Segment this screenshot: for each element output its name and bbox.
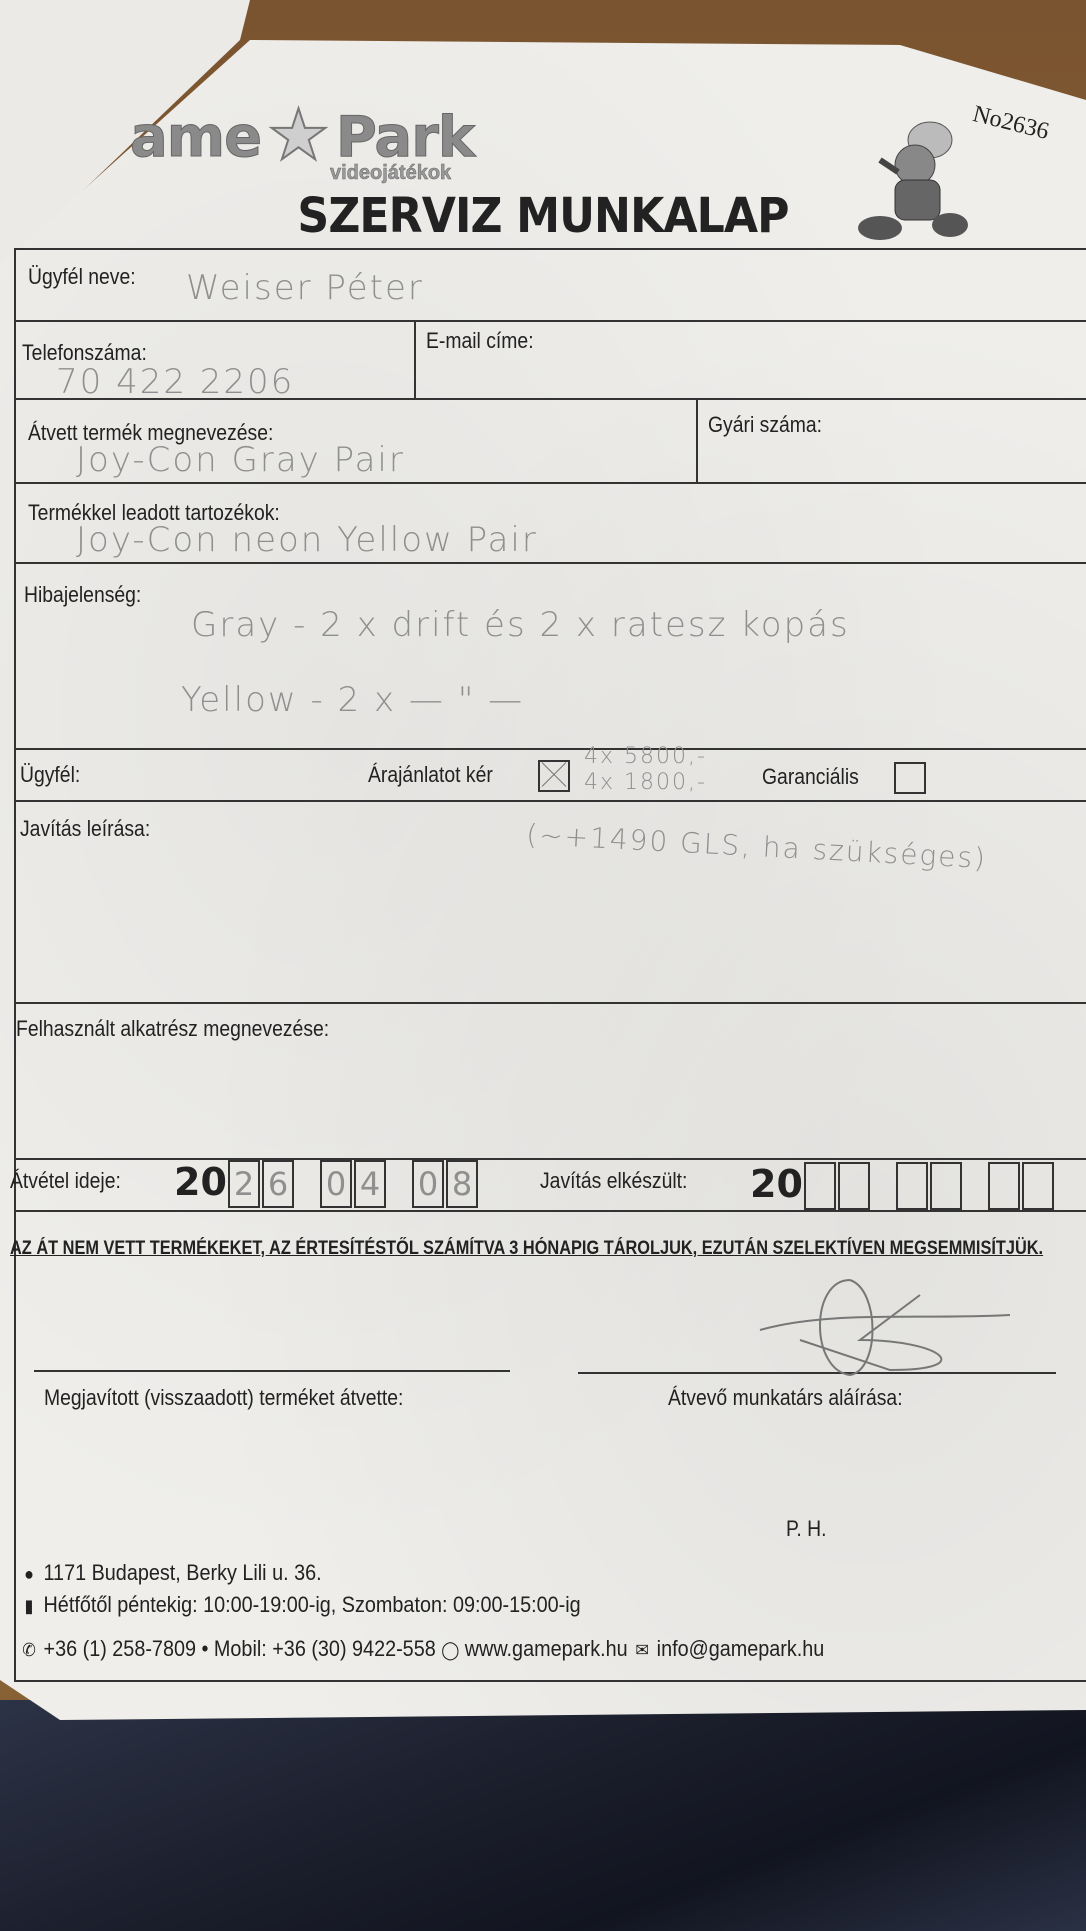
footer-hours: ▮ Hétfőtől péntekig: 10:00-19:00-ig, Szo… (20, 1592, 581, 1618)
staff-signature-label: Átvevő munkatárs aláírása: (668, 1385, 903, 1411)
received-year-digit-2[interactable]: 6 (262, 1160, 294, 1208)
star-icon: ★ (267, 100, 330, 170)
quote-note-1: 4x 5800,- (584, 744, 707, 769)
mobile-text: • Mobil: +36 (30) 9422-558 (201, 1636, 435, 1661)
parts-used-label: Felhasznált alkatrész megnevezése: (16, 1016, 329, 1042)
fault-label: Hibajelenség: (24, 582, 141, 608)
accessories-field[interactable]: Joy-Con neon Yellow Pair (76, 520, 538, 560)
returned-signature-label: Megjavított (visszaadott) terméket átvet… (44, 1385, 403, 1411)
returned-signature-line[interactable] (34, 1370, 510, 1372)
phone-field[interactable]: 70 422 2206 (56, 362, 294, 402)
quote-checkbox[interactable] (538, 760, 570, 792)
email-link[interactable]: info@gamepark.hu (657, 1636, 825, 1661)
warranty-checkbox[interactable] (894, 762, 926, 794)
footer-address: ● 1171 Budapest, Berky Lili u. 36. (20, 1560, 322, 1586)
gamepark-logo: ame ★ Park videojátékok (130, 100, 474, 170)
serial-number-label: Gyári száma: (708, 412, 822, 438)
quote-label: Árajánlatot kér (368, 762, 493, 788)
hours-text: Hétfőtől péntekig: 10:00-19:00-ig, Szomb… (44, 1592, 581, 1617)
completed-day-digit-2[interactable] (1022, 1162, 1054, 1210)
received-date-prefix: 20 (174, 1160, 227, 1204)
repair-description-label: Javítás leírása: (20, 816, 150, 842)
customer-name-label: Ügyfél neve: (28, 264, 136, 290)
warranty-label: Garanciális (762, 764, 859, 790)
storage-notice: AZ ÁT NEM VETT TERMÉKEKET, AZ ÉRTESÍTÉST… (10, 1238, 1043, 1260)
location-pin-icon: ● (20, 1564, 38, 1585)
page-title: SZERVIZ MUNKALAP (43, 188, 1042, 244)
worksheet-form: Ügyfél neve: Weiser Péter Telefonszáma: … (14, 248, 1086, 1682)
email-label: E-mail címe: (426, 328, 534, 354)
received-year-digit-1[interactable]: 2 (228, 1160, 260, 1208)
website-link[interactable]: www.gamepark.hu (465, 1636, 628, 1661)
logo-brand-text: Park (336, 105, 474, 170)
footer-contact: ✆ +36 (1) 258-7809 • Mobil: +36 (30) 942… (20, 1636, 824, 1662)
address-text: 1171 Budapest, Berky Lili u. 36. (44, 1560, 322, 1585)
logo-subtitle: videojátékok (330, 162, 451, 185)
customer-options-label: Ügyfél: (20, 762, 80, 788)
product-field[interactable]: Joy-Con Gray Pair (76, 440, 405, 480)
received-date-label: Átvétel ideje: (10, 1168, 121, 1194)
phone-text: +36 (1) 258-7809 (44, 1636, 196, 1661)
calendar-icon: ▮ (20, 1596, 38, 1617)
completed-date-prefix: 20 (750, 1162, 803, 1206)
fault-line-1[interactable]: Gray - 2 x drift és 2 x ratesz kopás (191, 605, 850, 645)
received-day-digit-2[interactable]: 8 (446, 1160, 478, 1208)
completed-month-digit-1[interactable] (896, 1162, 928, 1210)
completed-date-label: Javítás elkészült: (540, 1168, 687, 1194)
received-month-digit-1[interactable]: 0 (320, 1160, 352, 1208)
received-month-digit-2[interactable]: 4 (354, 1160, 386, 1208)
completed-day-digit-1[interactable] (988, 1162, 1020, 1210)
phone-icon: ✆ (20, 1640, 38, 1661)
completed-year-digit-1[interactable] (804, 1162, 836, 1210)
completed-year-digit-2[interactable] (838, 1162, 870, 1210)
repair-description-field[interactable]: (~+1490 GLS, ha szükséges) (525, 818, 987, 875)
staff-signature-icon (740, 1270, 1030, 1380)
quote-note-2: 4x 1800,- (584, 770, 707, 795)
received-day-digit-1[interactable]: 0 (412, 1160, 444, 1208)
fault-line-2[interactable]: Yellow - 2 x — " — (181, 680, 524, 720)
envelope-icon: ✉ (633, 1640, 651, 1661)
customer-name-field[interactable]: Weiser Péter (186, 268, 424, 308)
globe-icon: ◯ (441, 1640, 459, 1661)
logo-main-text: ame (130, 105, 261, 170)
dark-fabric (0, 1700, 1086, 1931)
stamp-label: P. H. (786, 1516, 827, 1542)
completed-month-digit-2[interactable] (930, 1162, 962, 1210)
